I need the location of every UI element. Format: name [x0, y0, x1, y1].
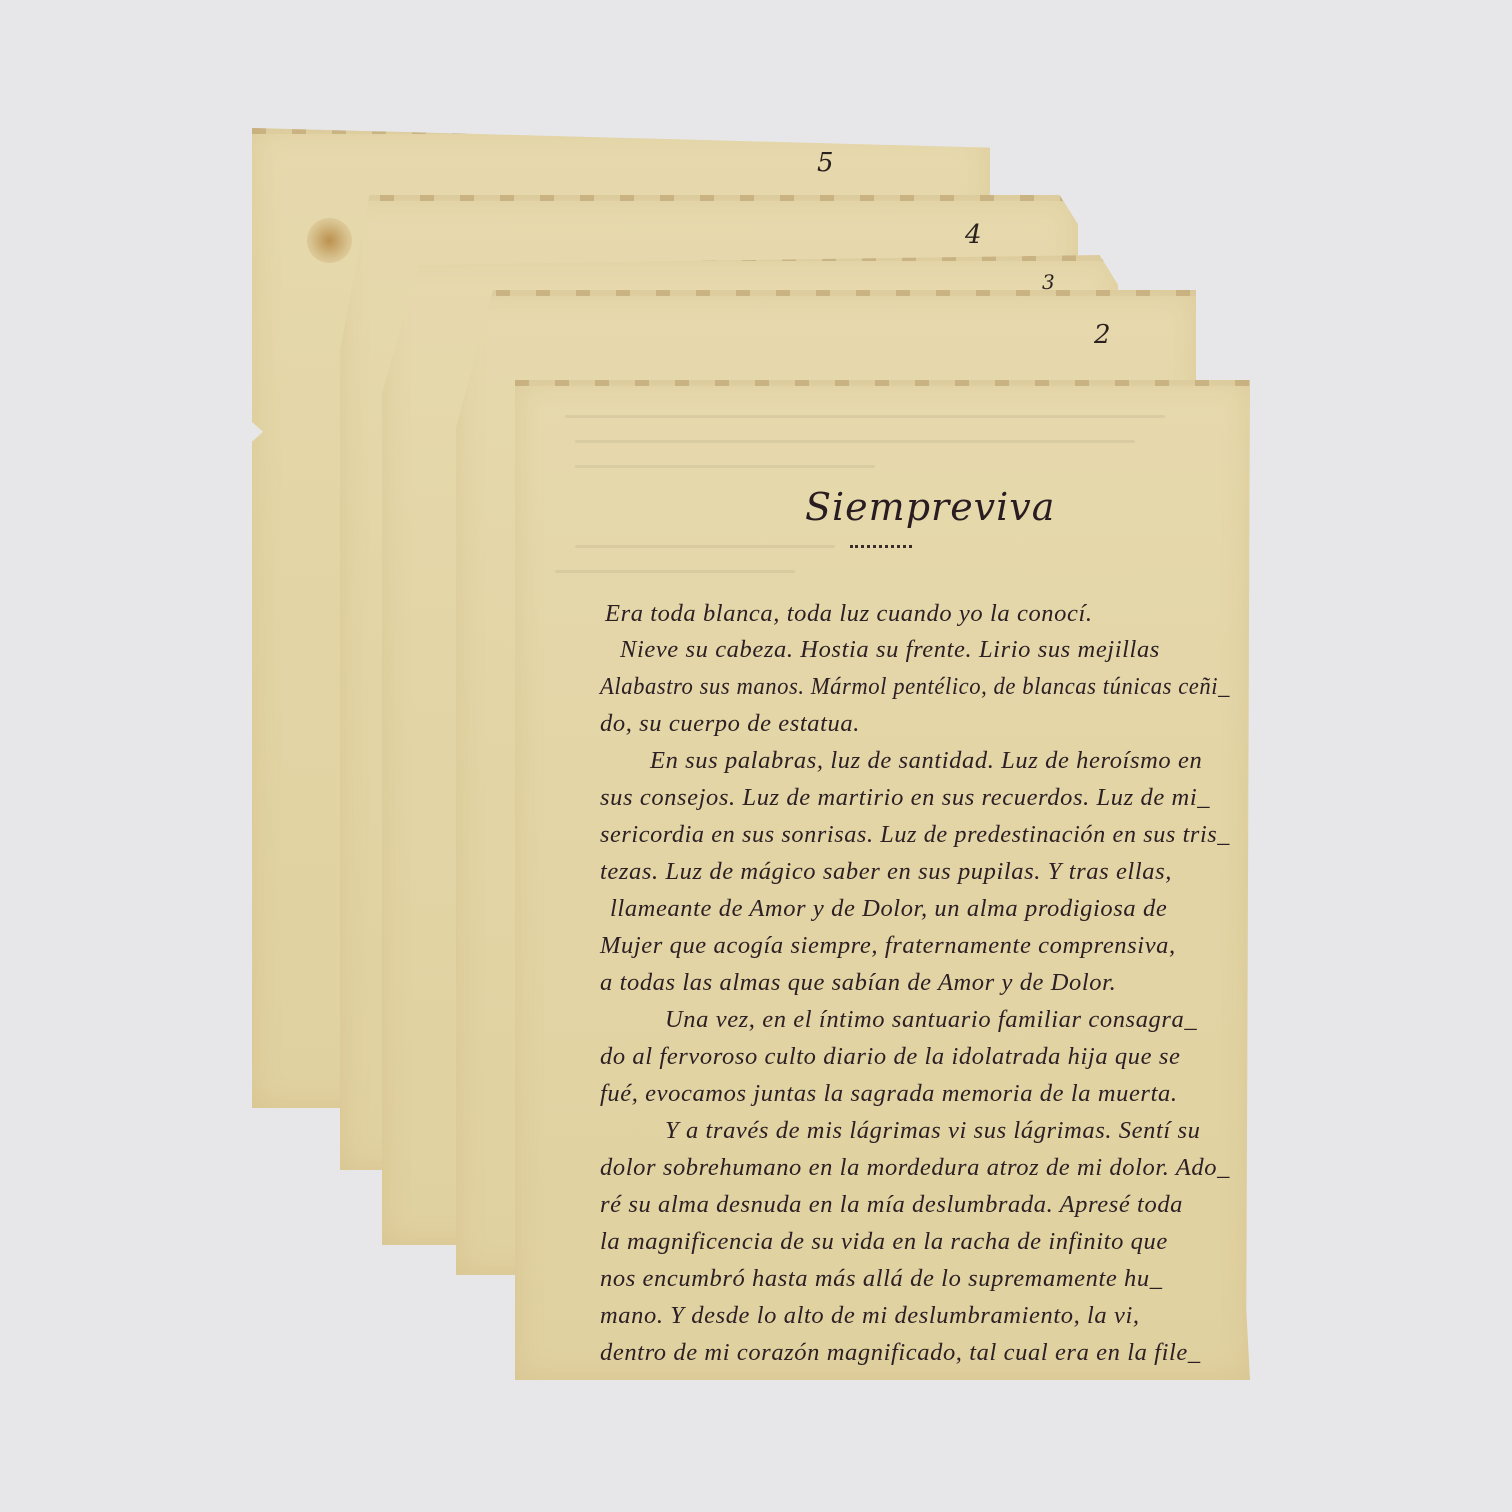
manuscript-page: Siempreviva Era toda blanca, toda luz cu… [515, 380, 1250, 1380]
manuscript-line: Mujer que acogía siempre, fraternamente … [600, 932, 1176, 960]
manuscript-line: llameante de Amor y de Dolor, un alma pr… [610, 895, 1167, 923]
page-number-5: 5 [817, 148, 834, 178]
manuscript-line: dolor sobrehumano en la mordedura atroz … [600, 1154, 1230, 1182]
manuscript-line: Alabastro sus manos. Mármol pentélico, d… [600, 673, 1230, 701]
manuscript-line: mano. Y desde lo alto de mi deslumbramie… [600, 1302, 1140, 1330]
bleed-through [575, 440, 1135, 443]
bleed-through [575, 465, 875, 468]
manuscript-line: la magnificencia de su vida en la racha … [600, 1228, 1168, 1256]
stain [307, 218, 352, 263]
manuscript-sheet-1: Siempreviva Era toda blanca, toda luz cu… [515, 380, 1250, 1380]
manuscript-line: fué, evocamos juntas la sagrada memoria … [600, 1080, 1178, 1108]
page-number-4: 4 [965, 220, 982, 250]
manuscript-line: Y a través de mis lágrimas vi sus lágrim… [665, 1117, 1201, 1145]
manuscript-line: Una vez, en el íntimo santuario familiar… [665, 1006, 1197, 1034]
manuscript-line: nos encumbró hasta más allá de lo suprem… [600, 1265, 1163, 1293]
manuscript-line: a todas las almas que sabían de Amor y d… [600, 969, 1116, 997]
manuscript-line: dentro de mi corazón magnificado, tal cu… [600, 1339, 1201, 1367]
title-flourish [850, 545, 912, 552]
bleed-through [575, 545, 835, 548]
manuscript-line: Era toda blanca, toda luz cuando yo la c… [605, 600, 1093, 628]
manuscript-title: Siempreviva [805, 485, 1055, 529]
bleed-through [565, 415, 1165, 418]
manuscript-line: sus consejos. Luz de martirio en sus rec… [600, 784, 1210, 812]
manuscript-line: do al fervoroso culto diario de la idola… [600, 1043, 1180, 1071]
manuscript-line: do, su cuerpo de estatua. [600, 710, 860, 738]
page-number-2: 2 [1094, 320, 1111, 350]
manuscript-line: sericordia en sus sonrisas. Luz de prede… [600, 821, 1230, 849]
manuscript-line: En sus palabras, luz de santidad. Luz de… [650, 747, 1202, 775]
bleed-through [555, 570, 795, 573]
manuscript-line: ré su alma desnuda en la mía deslumbrada… [600, 1191, 1183, 1219]
manuscript-line: Nieve su cabeza. Hostia su frente. Lirio… [620, 636, 1160, 664]
manuscript-line: tezas. Luz de mágico saber en sus pupila… [600, 858, 1172, 886]
